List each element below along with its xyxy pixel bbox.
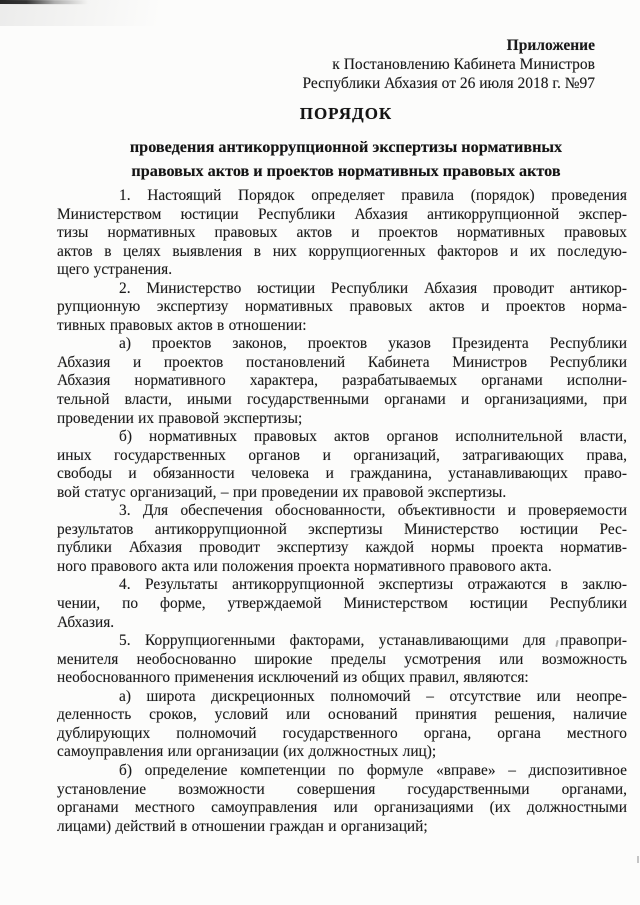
document-page: Приложение к Постановлению Кабинета Мини… bbox=[0, 0, 640, 905]
annex-line: к Постановлению Кабинета Министров bbox=[302, 55, 595, 74]
paragraph-line: 1. Настоящий Порядок определяет правила … bbox=[57, 187, 627, 206]
annex-label: Приложение bbox=[302, 36, 595, 55]
paragraph-line: свободы и обязанности человека и граждан… bbox=[57, 465, 627, 484]
paragraph-line: дублирующих полномочий государственного … bbox=[57, 725, 627, 744]
paragraph-line: 5. Коррупциогенными факторами, устанавли… bbox=[57, 632, 627, 651]
document-subtitle: проведения антикоррупционной экспертизы … bbox=[57, 136, 635, 183]
paragraph-line: тельной власти, иными государственными о… bbox=[57, 391, 627, 410]
paragraph-line: вой статус организаций, – при проведении… bbox=[57, 484, 627, 503]
paragraph-line: публики Абхазия проводит экспертизу кажд… bbox=[57, 539, 627, 558]
paragraph-line: проведении их правовой экспертизы; bbox=[57, 410, 627, 429]
paragraph-line: тизы нормативных правовых актов и проект… bbox=[57, 224, 627, 243]
paragraph-line: деленность сроков, условий или оснований… bbox=[57, 706, 627, 725]
paragraph-line: иных государственных органов и организац… bbox=[57, 447, 627, 466]
paragraph-line: Абхазия и проектов постановлений Кабинет… bbox=[57, 354, 627, 373]
paragraph-line: необоснованного применения исключений из… bbox=[57, 669, 627, 688]
paragraph-line: тивных правовых актов в отношении: bbox=[57, 317, 627, 336]
paragraph-line: самоуправления или организации (их должн… bbox=[57, 743, 627, 762]
paragraph-line: Абхазия нормативного характера, разрабат… bbox=[57, 372, 627, 391]
paragraph-line: результатов антикоррупционной экспертизы… bbox=[57, 521, 627, 540]
paragraph-line: 2. Министерство юстиции Республики Абхаз… bbox=[57, 280, 627, 299]
paragraph-line: чении, по форме, утверждаемой Министерст… bbox=[57, 595, 627, 614]
scan-streak-artifact bbox=[0, 0, 88, 4]
paragraph-line: Абхазия. bbox=[57, 614, 627, 633]
paragraph-line: щего устранения. bbox=[57, 261, 627, 280]
paragraph-line: установление возможности совершения госу… bbox=[57, 781, 627, 800]
annex-block: Приложение к Постановлению Кабинета Мини… bbox=[302, 36, 595, 93]
subtitle-line: правовых актов и проектов нормативных пр… bbox=[57, 160, 635, 184]
paragraph-line: органами местного самоуправления или орг… bbox=[57, 799, 627, 818]
paragraph-line: б) нормативных правовых актов органов ис… bbox=[57, 428, 627, 447]
paragraph-line: а) широта дискреционных полномочий – отс… bbox=[57, 688, 627, 707]
paragraph-line: лицами) действий в отношении граждан и о… bbox=[57, 818, 627, 837]
paragraph-line: рупционную экспертизу нормативных правов… bbox=[57, 298, 627, 317]
annex-line: Республики Абхазия от 26 июля 2018 г. №9… bbox=[302, 74, 595, 93]
paragraph-line: 4. Результаты антикоррупционной эксперти… bbox=[57, 576, 627, 595]
document-body: 1. Настоящий Порядок определяет правила … bbox=[57, 187, 627, 836]
paragraph-line: б) определение компетенции по формуле «в… bbox=[57, 762, 627, 781]
paragraph-line: 3. Для обеспечения обоснованности, объек… bbox=[57, 502, 627, 521]
paragraph-line: а) проектов законов, проектов указов Пре… bbox=[57, 335, 627, 354]
scan-speck bbox=[637, 856, 639, 863]
paragraph-line: менителя необоснованно широкие пределы у… bbox=[57, 651, 627, 670]
paragraph-line: Министерством юстиции Республики Абхазия… bbox=[57, 206, 627, 225]
document-title: ПОРЯДОК bbox=[57, 104, 635, 124]
subtitle-line: проведения антикоррупционной экспертизы … bbox=[57, 136, 635, 160]
paragraph-line: ного правового акта или положения проект… bbox=[57, 558, 627, 577]
paragraph-line: актов в целях выявления в них коррупциог… bbox=[57, 243, 627, 262]
